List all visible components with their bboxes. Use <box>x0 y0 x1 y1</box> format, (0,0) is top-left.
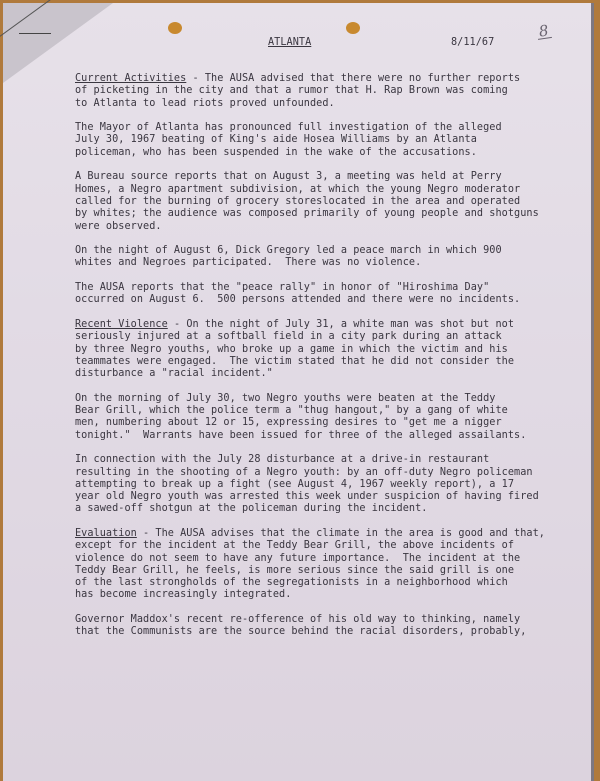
paragraph-text: A Bureau source reports that on August 3… <box>75 171 539 231</box>
paragraph-text: In connection with the July 28 disturban… <box>75 454 539 514</box>
paragraph-text: - The AUSA advises that the climate in t… <box>75 528 545 600</box>
paragraph-text: The AUSA reports that the "peace rally" … <box>75 282 520 305</box>
document-title: ATLANTA <box>268 37 311 49</box>
paragraph: On the night of August 6, Dick Gregory l… <box>75 245 575 270</box>
punch-hole-right <box>346 22 360 34</box>
paragraph: The Mayor of Atlanta has pronounced full… <box>75 122 575 159</box>
section-heading: Current Activities <box>75 73 186 84</box>
paragraph: Governor Maddox's recent re-ofference of… <box>75 614 575 639</box>
section-heading: Evaluation <box>75 528 137 539</box>
section-heading: Recent Violence <box>75 319 168 330</box>
paragraph: A Bureau source reports that on August 3… <box>75 171 575 232</box>
fold-pencil-mark <box>19 33 51 34</box>
document-body: Current Activities - The AUSA advised th… <box>75 73 575 651</box>
folded-corner <box>3 3 113 83</box>
handwritten-page-number: 8 <box>536 23 552 40</box>
paragraph: Recent Violence - On the night of July 3… <box>75 319 575 380</box>
punch-hole-left <box>168 22 182 34</box>
paragraph-text: On the night of August 6, Dick Gregory l… <box>75 245 502 268</box>
document-date: 8/11/67 <box>451 37 494 49</box>
paragraph-text: Governor Maddox's recent re-ofference of… <box>75 614 526 637</box>
paragraph: Evaluation - The AUSA advises that the c… <box>75 528 575 602</box>
paragraph: On the morning of July 30, two Negro you… <box>75 393 575 442</box>
paragraph-text: The Mayor of Atlanta has pronounced full… <box>75 122 502 158</box>
paragraph: The AUSA reports that the "peace rally" … <box>75 282 575 307</box>
paragraph-text: On the morning of July 30, two Negro you… <box>75 393 526 441</box>
paragraph: Current Activities - The AUSA advised th… <box>75 73 575 110</box>
paragraph: In connection with the July 28 disturban… <box>75 454 575 515</box>
